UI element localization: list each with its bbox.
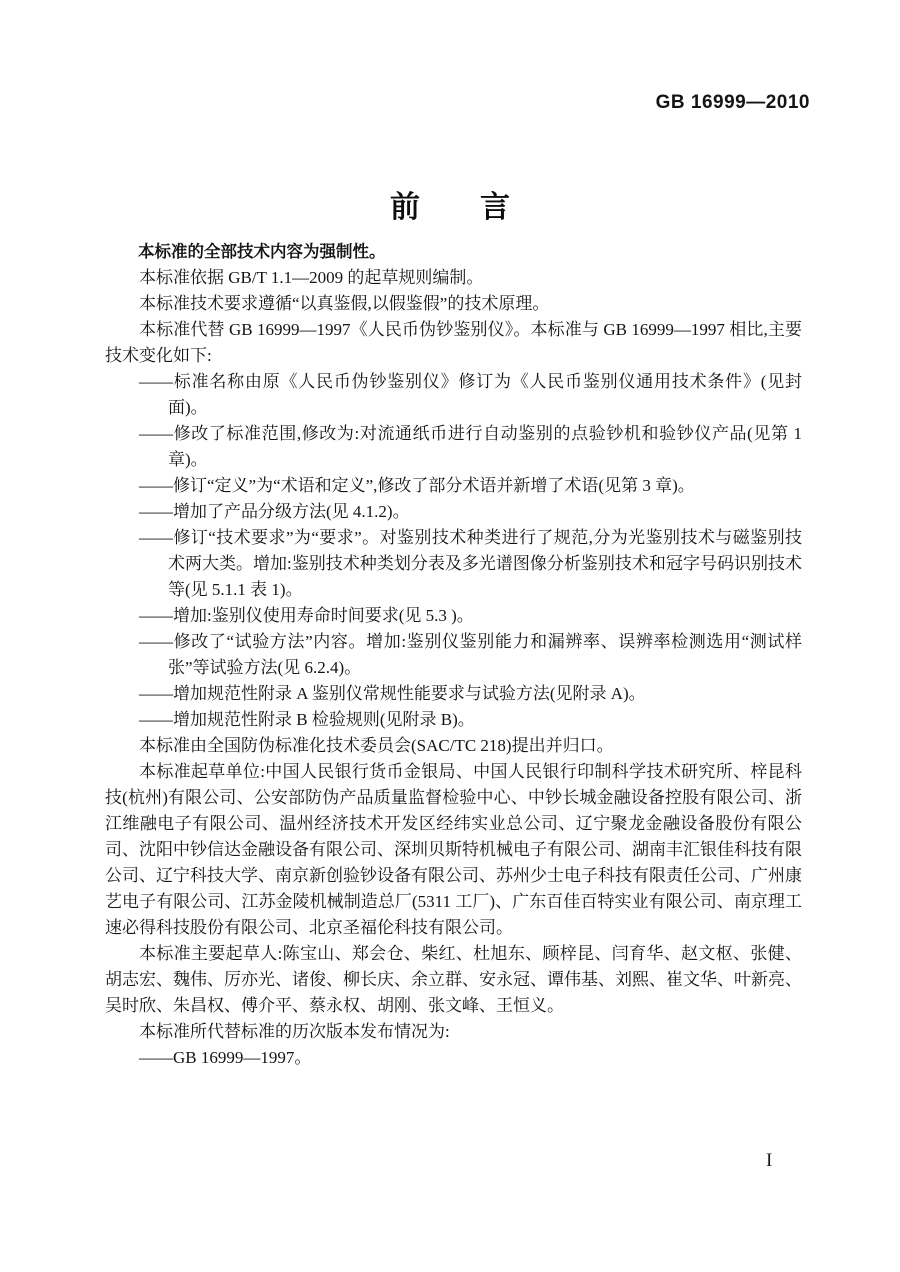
paragraph: 本标准起草单位:中国人民银行货币金银局、中国人民银行印制科学技术研究所、梓昆科技…	[105, 759, 802, 941]
foreword-body: 本标准的全部技术内容为强制性。本标准依据 GB/T 1.1—2009 的起草规则…	[105, 239, 802, 1071]
paragraph: ——修订“技术要求”为“要求”。对鉴别技术种类进行了规范,分为光鉴别技术与磁鉴别…	[105, 525, 802, 603]
paragraph: 本标准由全国防伪标准化技术委员会(SAC/TC 218)提出并归口。	[105, 733, 802, 759]
paragraph: 本标准技术要求遵循“以真鉴假,以假鉴假”的技术原理。	[105, 291, 802, 317]
paragraph: ——GB 16999—1997。	[105, 1045, 802, 1071]
paragraph: 本标准的全部技术内容为强制性。	[105, 239, 802, 265]
paragraph: 本标准所代替标准的历次版本发布情况为:	[105, 1019, 802, 1045]
paragraph: ——增加:鉴别仪使用寿命时间要求(见 5.3 )。	[105, 603, 802, 629]
paragraph: ——修订“定义”为“术语和定义”,修改了部分术语并新增了术语(见第 3 章)。	[105, 473, 802, 499]
paragraph: ——修改了标准范围,修改为:对流通纸币进行自动鉴别的点验钞机和验钞仪产品(见第 …	[105, 421, 802, 473]
paragraph: ——增加规范性附录 B 检验规则(见附录 B)。	[105, 707, 802, 733]
page-title: 前 言	[0, 182, 900, 226]
document-page: GB 16999—2010 前 言 本标准的全部技术内容为强制性。本标准依据 G…	[0, 0, 900, 1272]
paragraph: ——修改了“试验方法”内容。增加:鉴别仪鉴别能力和漏辨率、误辨率检测选用“测试样…	[105, 629, 802, 681]
paragraph: 本标准代替 GB 16999—1997《人民币伪钞鉴别仪》。本标准与 GB 16…	[105, 317, 802, 369]
paragraph: ——增加了产品分级方法(见 4.1.2)。	[105, 499, 802, 525]
page-number: I	[766, 1150, 772, 1172]
standard-number: GB 16999—2010	[656, 92, 810, 114]
paragraph: ——标准名称由原《人民币伪钞鉴别仪》修订为《人民币鉴别仪通用技术条件》(见封面)…	[105, 369, 802, 421]
paragraph: 本标准依据 GB/T 1.1—2009 的起草规则编制。	[105, 265, 802, 291]
paragraph: ——增加规范性附录 A 鉴别仪常规性能要求与试验方法(见附录 A)。	[105, 681, 802, 707]
paragraph: 本标准主要起草人:陈宝山、郑会仓、柴红、杜旭东、顾梓昆、闫育华、赵文枢、张健、胡…	[105, 941, 802, 1019]
